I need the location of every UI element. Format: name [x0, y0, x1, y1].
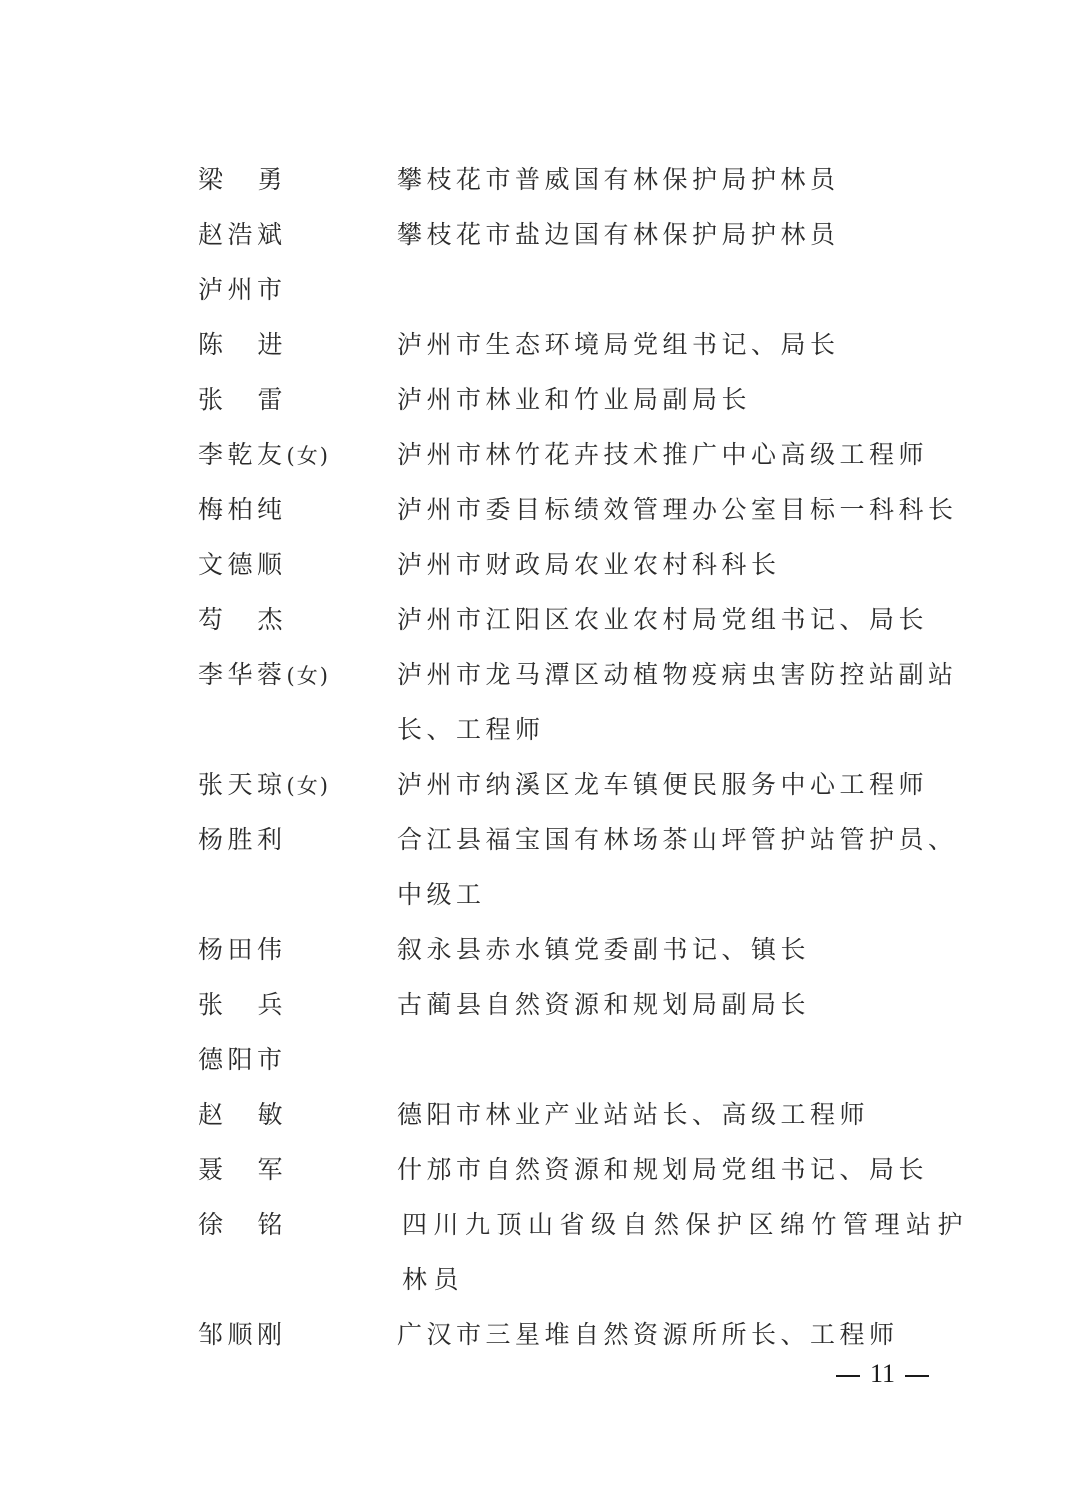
- person-name: 李华蓉(女): [198, 655, 330, 696]
- person-title: 泸州市林竹花卉技术推广中心高级工程师: [397, 435, 928, 475]
- list-item: 邹顺刚 广汉市三星堆自然资源所所长、工程师: [0, 1315, 1080, 1355]
- person-title: 泸州市林业和竹业局副局长: [397, 380, 751, 420]
- person-title: 泸州市财政局农业农村科科长: [397, 545, 781, 585]
- gender-note: (女): [287, 774, 330, 798]
- page-number-value: 11: [870, 1359, 895, 1388]
- list-item: 张雷 泸州市林业和竹业局副局长: [0, 380, 1080, 420]
- list-item-continuation: 中级工: [0, 875, 1080, 915]
- person-name: 李乾友(女): [198, 435, 330, 476]
- person-title: 泸州市龙马潭区动植物疫病虫害防控站副站: [397, 655, 958, 695]
- list-item: 张天琼(女) 泸州市纳溪区龙车镇便民服务中心工程师: [0, 765, 1080, 805]
- city-heading: 德阳市: [198, 1040, 287, 1080]
- list-item: 李乾友(女) 泸州市林竹花卉技术推广中心高级工程师: [0, 435, 1080, 475]
- person-title: 德阳市林业产业站站长、高级工程师: [397, 1095, 869, 1135]
- city-heading: 泸州市: [198, 270, 287, 310]
- list-item: 徐铭 四川九顶山省级自然保护区绵竹管理站护: [0, 1205, 1080, 1245]
- person-name: 杨胜利: [198, 820, 287, 860]
- list-item-continuation: 长、工程师: [0, 710, 1080, 750]
- person-title: 泸州市委目标绩效管理办公室目标一科科长: [397, 490, 958, 530]
- dash-decoration: [836, 1375, 860, 1377]
- list-item: 赵浩斌 攀枝花市盐边国有林保护局护林员: [0, 215, 1080, 255]
- dash-decoration: [905, 1375, 929, 1377]
- person-name: 杨田伟: [198, 930, 287, 970]
- list-item: 陈进 泸州市生态环境局党组书记、局长: [0, 325, 1080, 365]
- person-name: 邹顺刚: [198, 1315, 287, 1355]
- person-title: 泸州市江阳区农业农村局党组书记、局长: [397, 600, 928, 640]
- person-name: 赵浩斌: [198, 215, 287, 255]
- person-title: 什邡市自然资源和规划局党组书记、局长: [397, 1150, 928, 1190]
- person-name: 张天琼(女): [198, 765, 330, 806]
- gender-note: (女): [287, 664, 330, 688]
- person-title-continued: 林员: [402, 1260, 465, 1300]
- person-title: 古蔺县自然资源和规划局副局长: [397, 985, 810, 1025]
- page-number: 11: [826, 1356, 939, 1392]
- person-title: 叙永县赤水镇党委副书记、镇长: [397, 930, 810, 970]
- list-item: 芶杰 泸州市江阳区农业农村局党组书记、局长: [0, 600, 1080, 640]
- person-name: 聂军: [198, 1150, 287, 1190]
- section-heading: 泸州市: [0, 270, 1080, 310]
- list-item: 梁勇 攀枝花市普威国有林保护局护林员: [0, 160, 1080, 200]
- list-item: 杨胜利 合江县福宝国有林场茶山坪管护站管护员、: [0, 820, 1080, 860]
- person-title: 合江县福宝国有林场茶山坪管护站管护员、: [397, 820, 958, 860]
- person-title-continued: 长、工程师: [397, 710, 545, 750]
- list-item: 文德顺 泸州市财政局农业农村科科长: [0, 545, 1080, 585]
- person-name: 陈进: [198, 325, 287, 365]
- person-name: 芶杰: [198, 600, 287, 640]
- document-page: 梁勇 攀枝花市普威国有林保护局护林员 赵浩斌 攀枝花市盐边国有林保护局护林员 泸…: [0, 0, 1080, 1510]
- list-item-continuation: 林员: [0, 1260, 1080, 1300]
- person-name: 梁勇: [198, 160, 287, 200]
- person-name: 张兵: [198, 985, 287, 1025]
- person-title: 攀枝花市普威国有林保护局护林员: [397, 160, 840, 200]
- gender-note: (女): [287, 444, 330, 468]
- person-title: 广汉市三星堆自然资源所所长、工程师: [397, 1315, 899, 1355]
- section-heading: 德阳市: [0, 1040, 1080, 1080]
- person-name: 赵敏: [198, 1095, 287, 1135]
- list-item: 聂军 什邡市自然资源和规划局党组书记、局长: [0, 1150, 1080, 1190]
- person-name: 文德顺: [198, 545, 287, 585]
- person-name: 张雷: [198, 380, 287, 420]
- person-title: 泸州市生态环境局党组书记、局长: [397, 325, 840, 365]
- list-item: 张兵 古蔺县自然资源和规划局副局长: [0, 985, 1080, 1025]
- list-item: 李华蓉(女) 泸州市龙马潭区动植物疫病虫害防控站副站: [0, 655, 1080, 695]
- person-name: 梅柏纯: [198, 490, 287, 530]
- person-name: 徐铭: [198, 1205, 287, 1245]
- person-title: 攀枝花市盐边国有林保护局护林员: [397, 215, 840, 255]
- list-item: 杨田伟 叙永县赤水镇党委副书记、镇长: [0, 930, 1080, 970]
- person-title: 泸州市纳溪区龙车镇便民服务中心工程师: [397, 765, 928, 805]
- list-item: 梅柏纯 泸州市委目标绩效管理办公室目标一科科长: [0, 490, 1080, 530]
- list-item: 赵敏 德阳市林业产业站站长、高级工程师: [0, 1095, 1080, 1135]
- person-title: 四川九顶山省级自然保护区绵竹管理站护: [402, 1205, 969, 1245]
- person-title-continued: 中级工: [397, 875, 486, 915]
